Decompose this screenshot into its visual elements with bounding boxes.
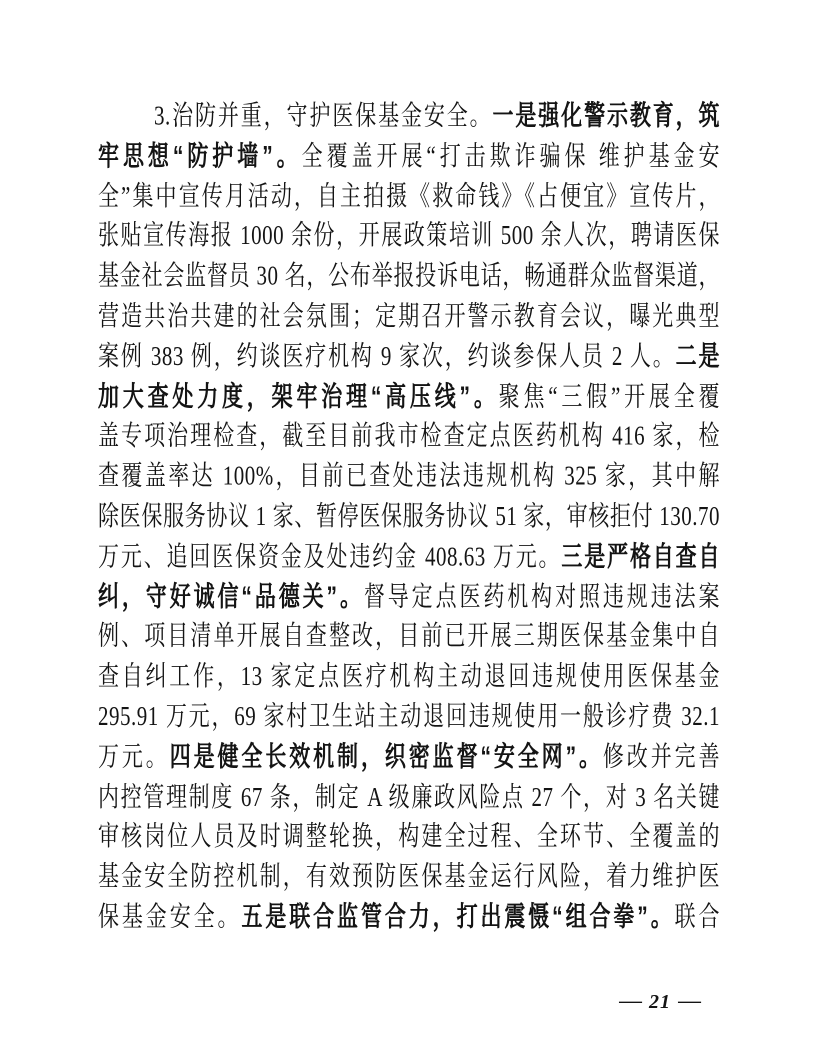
text-segment: 审核岗位人员及时调整轮换，构建全过程、全环节、全覆盖的	[98, 821, 720, 852]
text-segment: 聚焦“三假”开展全覆	[499, 380, 720, 411]
text-segment: 全”集中宣传月活动，自主拍摄《救命钱》《占便宜》宣传片，	[98, 180, 720, 211]
text-line: 基金社会监督员 30 名，公布举报投诉电话，畅通群众监督渠道，	[98, 256, 720, 296]
text-segment: 案例 383 例，约谈医疗机构 9 家次，约谈参保人员 2 人。	[98, 340, 676, 371]
text-segment: 督导定点医药机构对照违规违法案	[364, 580, 720, 611]
text-segment: 295.91 万元，69 家村卫生站主动退回违规使用一般诊疗费 32.1	[98, 700, 720, 731]
text-segment: 查覆盖率达 100%，目前已查处违法违规机构 325 家，其中解	[98, 460, 720, 491]
text-segment: 修改并完善	[603, 740, 720, 771]
text-line: 全”集中宣传月活动，自主拍摄《救命钱》《占便宜》宣传片，	[98, 176, 720, 216]
text-segment: 保基金安全。	[98, 901, 241, 932]
text-segment: 张贴宣传海报 1000 余份，开展政策培训 500 余人次，聘请医保	[98, 220, 720, 251]
text-segment: 万元、追回医保资金及处违约金 408.63 万元。	[98, 540, 561, 571]
scanned-document-page: 3.治防并重，守护医保基金安全。一是强化警示教育，筑牢思想“防护墙”。全覆盖开展…	[0, 0, 815, 1055]
bold-text-segment: 加大查处力度，架牢治理“高压线”。	[98, 381, 499, 411]
text-line: 万元、追回医保资金及处违约金 408.63 万元。三是严格自查自	[98, 536, 720, 576]
text-line: 查自纠工作，13 家定点医疗机构主动退回违规使用医保基金	[98, 657, 720, 697]
text-line: 万元。四是健全长效机制，织密监督“安全网”。修改并完善	[98, 737, 720, 777]
text-segment: 基金社会监督员 30 名，公布举报投诉电话，畅通群众监督渠道，	[98, 260, 720, 291]
page-number: — 21 —	[600, 988, 720, 1016]
page-number-value: 21	[649, 991, 671, 1014]
text-segment: 基金安全防控机制，有效预防医保基金运行风险，着力维护医	[98, 861, 720, 892]
text-segment: 联合	[675, 901, 720, 932]
text-segment: 内控管理制度 67 条，制定 A 级廉政风险点 27 个，对 3 名关键	[98, 781, 720, 812]
bold-text-segment: 四是健全长效机制，织密监督“安全网”。	[170, 742, 603, 772]
text-segment: 万元。	[98, 740, 170, 771]
text-line: 纠，守好诚信“品德关”。督导定点医药机构对照违规违法案	[98, 576, 720, 616]
text-segment: 例、项目清单开展自查整改，目前已开展三期医保基金集中自	[98, 620, 720, 651]
text-segment: 营造共治共建的社会氛围；定期召开警示教育会议，曝光典型	[98, 300, 720, 331]
footer-dash-left: —	[619, 991, 642, 1013]
text-line: 盖专项治理检查，截至目前我市检查定点医药机构 416 家，检	[98, 416, 720, 456]
text-line: 保基金安全。五是联合监管合力，打出震慑“组合拳”。联合	[98, 897, 720, 937]
text-line: 查覆盖率达 100%，目前已查处违法违规机构 325 家，其中解	[98, 456, 720, 496]
text-line: 例、项目清单开展自查整改，目前已开展三期医保基金集中自	[98, 616, 720, 656]
bold-text-segment: 纠，守好诚信“品德关”。	[98, 582, 364, 612]
text-line: 295.91 万元，69 家村卫生站主动退回违规使用一般诊疗费 32.1	[98, 697, 720, 737]
bold-text-segment: 一是强化警示教育，筑	[493, 101, 720, 131]
text-line: 营造共治共建的社会氛围；定期召开警示教育会议，曝光典型	[98, 296, 720, 336]
document-text: 3.治防并重，守护医保基金安全。一是强化警示教育，筑牢思想“防护墙”。全覆盖开展…	[98, 96, 720, 937]
text-line: 张贴宣传海报 1000 余份，开展政策培训 500 余人次，聘请医保	[98, 216, 720, 256]
text-line: 案例 383 例，约谈医疗机构 9 家次，约谈参保人员 2 人。二是	[98, 336, 720, 376]
text-segment: 除医保服务协议 1 家、暂停医保服务协议 51 家，审核拒付 130.70	[98, 500, 720, 531]
text-line: 加大查处力度，架牢治理“高压线”。聚焦“三假”开展全覆	[98, 376, 720, 416]
bold-text-segment: 二是	[676, 341, 720, 371]
text-segment: 盖专项治理检查，截至目前我市检查定点医药机构 416 家，检	[98, 420, 720, 451]
footer-dash-right: —	[678, 991, 701, 1013]
text-line: 除医保服务协议 1 家、暂停医保服务协议 51 家，审核拒付 130.70	[98, 496, 720, 536]
text-line: 3.治防并重，守护医保基金安全。一是强化警示教育，筑	[98, 96, 720, 136]
text-segment: 3.治防并重，守护医保基金安全。	[154, 100, 493, 131]
text-line: 审核岗位人员及时调整轮换，构建全过程、全环节、全覆盖的	[98, 817, 720, 857]
bold-text-segment: 三是严格自查自	[561, 542, 720, 572]
text-line: 内控管理制度 67 条，制定 A 级廉政风险点 27 个，对 3 名关键	[98, 777, 720, 817]
bold-text-segment: 牢思想“防护墙”。	[98, 141, 302, 171]
text-segment: 查自纠工作，13 家定点医疗机构主动退回违规使用医保基金	[98, 660, 720, 691]
bold-text-segment: 五是联合监管合力，打出震慑“组合拳”。	[241, 902, 674, 932]
text-line: 牢思想“防护墙”。全覆盖开展“打击欺诈骗保 维护基金安	[98, 136, 720, 176]
text-segment: 全覆盖开展“打击欺诈骗保 维护基金安	[302, 140, 720, 171]
text-line: 基金安全防控机制，有效预防医保基金运行风险，着力维护医	[98, 857, 720, 897]
